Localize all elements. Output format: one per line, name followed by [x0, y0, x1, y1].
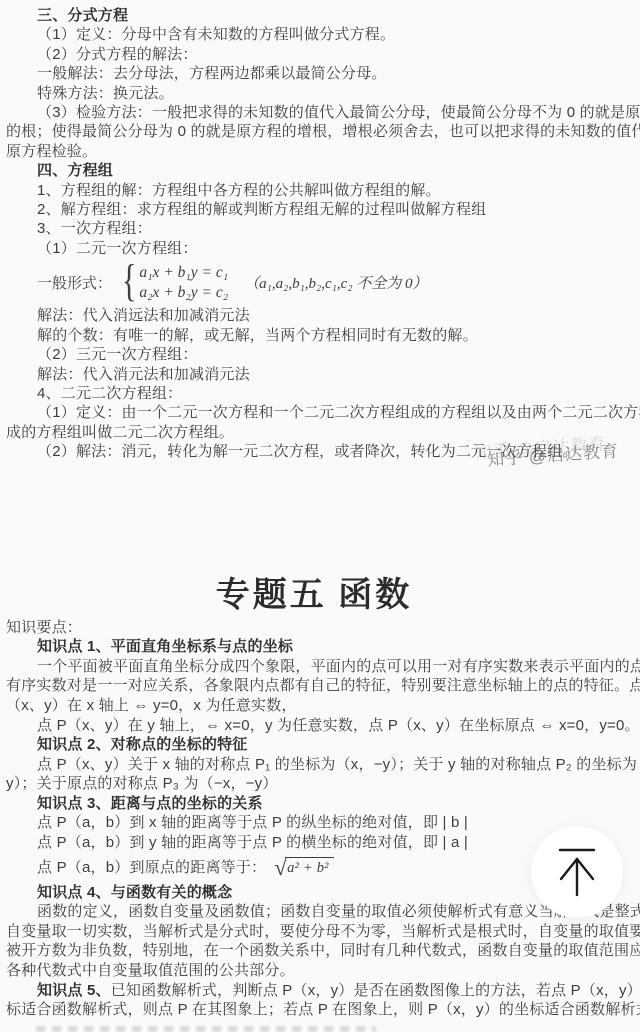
text-line: 函数的定义，函数自变量及函数值；函数自变量的取值必须使解析式有意义当解析式是整式…: [6, 902, 634, 922]
sqrt-expression: √a² + b²: [274, 857, 333, 878]
text-line: 的根；使得最简公分母为 0 的就是原方程的增根，增根必须舍去，也可以把求得的未知…: [6, 122, 634, 141]
text-line: 点 P（a，b）到 x 轴的距离等于点 P 的纵坐标的绝对值，即 | b |: [6, 813, 634, 833]
text-line: 各种代数式中自变量取值范围的公共部分。: [6, 961, 634, 981]
text-line: 点 P（x、y）关于 x 轴的对称点 P₁ 的坐标为（x，−y）；关于 y 轴的…: [6, 755, 634, 775]
doc-section-functions-topic: 专题五 函数知识要点：知识点 1、平面直角坐标系与点的坐标一个平面被平面直角坐标…: [6, 462, 634, 1020]
text-line: 1、方程组的解：方程组中各方程的公共解叫做方程组的解。: [6, 181, 634, 200]
heading-line: 知识点 1、平面直角坐标系与点的坐标: [6, 637, 634, 657]
line-lead: 知识点 5、: [37, 982, 111, 999]
heading-line: 四、方程组: [6, 161, 634, 180]
text-line: 知识要点：: [6, 618, 634, 638]
text-line: 2、解方程组：求方程组的解或判断方程组无解的过程叫做解方程组: [6, 200, 634, 219]
text-line: 知识点 5、已知函数解析式，判断点 P（x，y）是否在函数图像上的方法，若点 P…: [6, 981, 634, 1001]
text-line: （1）定义：由一个二元一次方程和一个二元二次方程组成的方程组以及由两个二元二次方…: [6, 403, 634, 422]
text-line: 有序实数对是一一对应关系，各象限内点都有自己的特征，特别要注意坐标轴上的点的特征…: [6, 676, 634, 696]
text-line: （2）三元一次方程组：: [6, 345, 634, 364]
up-arrow-icon: [554, 846, 600, 898]
clipped-bottom-text-line: [36, 1026, 376, 1032]
radicand: a² + b²: [285, 857, 334, 877]
formula-label: 一般形式：: [37, 272, 112, 293]
text-line: （1）定义：分母中含有未知数的方程叫做分式方程。: [6, 25, 634, 44]
text-line: 成的方程组叫做二元二次方程组。: [6, 423, 634, 442]
text-line: 解法：代入消远法和加减消元法: [6, 306, 634, 325]
text-line: 特殊方法：换元法。: [6, 84, 634, 103]
text-line: 3、一次方程组：: [6, 219, 634, 238]
text-line: 自变量取一切实数，当解析式是分式时，要使分母不为零，当解析式是根式时，自变量的取…: [6, 922, 634, 942]
vertical-gap: [6, 462, 634, 574]
text-line: y）；关于原点的对称点 P₃ 为（−x，−y）: [6, 774, 634, 794]
text-line: 原方程检验。: [6, 142, 634, 161]
text-line: 一般解法：去分母法，方程两边都乘以最简公分母。: [6, 64, 634, 83]
brace-symbol: {: [122, 260, 136, 305]
text-line: 被开方数为非负数，特别地，在一个函数关系中，同时有几种代数式，函数自变量的取值范…: [6, 941, 634, 961]
text-line: （2）分式方程的解法：: [6, 45, 634, 64]
heading-line: 知识点 2、对称点的坐标的特征: [6, 735, 634, 755]
heading-line: 三、分式方程: [6, 6, 634, 25]
formula-prefix: 点 P（a，b）到原点的距离等于：: [37, 858, 266, 878]
formula-condition: （a₁,a₂,b₁,b₂,c₁,c₂ 不全为 0）: [244, 272, 427, 293]
text-line: （3）检验方法：一般把求得的未知数的值代入最简公分母，使最简公分母不为 0 的就…: [6, 103, 634, 122]
equation-lines: a₁x + b₁y = c₁a₂x + b₂y = c₂: [139, 264, 228, 301]
text-line: （1）二元一次方程组：: [6, 239, 634, 258]
back-to-top-button[interactable]: [531, 826, 623, 918]
text-line: （x、y）在 x 轴上 ⇔ y=0，x 为任意实数，: [6, 696, 634, 716]
text-line: 4、二元二次方程组：: [6, 384, 634, 403]
equation-system: 一般形式：{a₁x + b₁y = c₁a₂x + b₂y = c₂（a₁,a₂…: [6, 261, 634, 303]
equation-line: a₂x + b₂y = c₂: [139, 284, 228, 301]
heading-line: 知识点 3、距离与点的坐标的关系: [6, 794, 634, 814]
text-line: 解法：代入消元法和加减消元法: [6, 365, 634, 384]
text-line: 点 P（x、y）在 y 轴上，⇔ x=0，y 为任意实数，点 P（x、y）在坐标…: [6, 716, 634, 736]
equation-line: a₁x + b₁y = c₁: [139, 264, 228, 281]
text-line: 解的个数：有唯一的解，或无解，当两个方程相同时有无数的解。: [6, 326, 634, 345]
doc-section-equations-review: 三、分式方程（1）定义：分母中含有未知数的方程叫做分式方程。（2）分式方程的解法…: [6, 6, 634, 462]
chapter-title: 专题五 函数: [0, 574, 628, 618]
text-line: 标适合函数解析式，则点 P 在其图象上；若点 P 在图象上，则 P（x，y）的坐…: [6, 1000, 634, 1020]
text-line: 一个平面被平面直角坐标分成四个象限，平面内的点可以用一对有序实数来表示平面内的点…: [6, 657, 634, 677]
